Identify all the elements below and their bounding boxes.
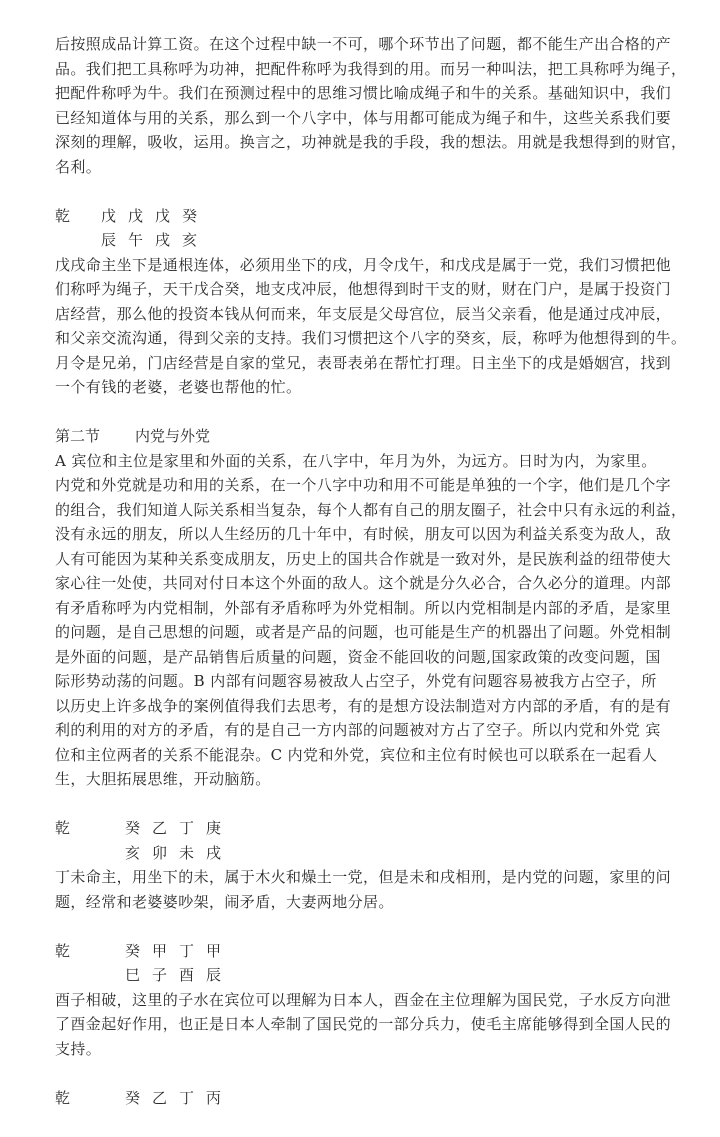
- text-line: 有矛盾称呼为内党相制，外部有矛盾称呼为外党相制。所以内党相制是内部的矛盾，是家里: [55, 596, 679, 621]
- stem: 丁: [179, 816, 206, 841]
- text-line: 已经知道体与用的关系，那么到一个八字中，体与用都可能成为绳子和牛，这些关系我们要: [55, 106, 679, 131]
- chart-branches-row: 亥卯未戌: [55, 841, 679, 866]
- text-line: 一个有钱的老婆，老婆也帮他的忙。: [55, 375, 679, 400]
- text-line: 以历史上许多战争的案例值得我们去思考，有的是想方设法制造对方内部的矛盾，有的是有: [55, 694, 679, 719]
- spacer: [55, 400, 679, 425]
- section-2-body: A 宾位和主位是家里和外面的关系，在八字中，年月为外，为远方。日时为内，为家里。…: [55, 449, 679, 792]
- spacer: [55, 1061, 679, 1086]
- section-title: 内党与外党: [135, 427, 210, 445]
- bazi-chart-2: 乾癸乙丁庚 亥卯未戌: [55, 816, 679, 865]
- example-2-explanation: 丁未命主，用坐下的未，属于木火和燥土一党，但是未和戌相刑，是内党的问题，家里的问…: [55, 865, 679, 914]
- chart-gender-label: 乾: [55, 939, 125, 964]
- stem: 丁: [179, 1086, 206, 1111]
- text-line: 是外面的问题，是产品销售后质量的问题，资金不能回收的问题,国家政策的改变问题，国: [55, 645, 679, 670]
- stem: 癸: [182, 204, 209, 229]
- chart-branches-row: 辰午戌亥: [55, 228, 679, 253]
- text-line: 利的利用的对方的矛盾，有的是自己一方内部的问题被对方占了空子。所以内党和外党 宾: [55, 718, 679, 743]
- stem: 乙: [152, 816, 179, 841]
- branch: 戌: [206, 841, 233, 866]
- chart-branches-row: 巳子酉辰: [55, 963, 679, 988]
- text-line: A 宾位和主位是家里和外面的关系，在八字中，年月为外，为远方。日时为内，为家里。: [55, 449, 679, 474]
- chart-stems-row: 乾癸乙丁丙: [55, 1086, 679, 1111]
- stem: 癸: [125, 1086, 152, 1111]
- chart-stems-row: 乾癸乙丁庚: [55, 816, 679, 841]
- branch: 巳: [125, 963, 152, 988]
- intro-paragraph: 后按照成品计算工资。在这个过程中缺一不可，哪个环节出了问题，都不能生产出合格的产…: [55, 32, 679, 179]
- stem: 戊: [155, 204, 182, 229]
- text-line: 了酉金起好作用，也正是日本人牵制了国民党的一部分兵力，使毛主席能够得到全国人民的: [55, 1012, 679, 1037]
- example-3-explanation: 酉子相破，这里的子水在宾位可以理解为日本人，酉金在主位理解为国民党，子水反方向泄…: [55, 988, 679, 1062]
- branch: 酉: [179, 963, 206, 988]
- text-line: 的问题，是自己思想的问题，或者是产品的问题，也可能是生产的机器出了问题。外党相制: [55, 620, 679, 645]
- stem: 庚: [206, 816, 233, 841]
- chart-stems-row: 乾癸甲丁甲: [55, 939, 679, 964]
- spacer: [55, 914, 679, 939]
- branch: 卯: [152, 841, 179, 866]
- spacer: [55, 792, 679, 817]
- text-line: 题，经常和老婆婆吵架，闹矛盾，大妻两地分居。: [55, 890, 679, 915]
- text-line: 丁未命主，用坐下的未，属于木火和燥土一党，但是未和戌相刑，是内党的问题，家里的问: [55, 865, 679, 890]
- text-line: 没有永远的朋友，所以人生经历的几十年中，有时候，朋友可以因为利益关系变为敌人，敌: [55, 522, 679, 547]
- stem: 甲: [152, 939, 179, 964]
- text-line: 店经营，那么他的投资本钱从何而来，年支辰是父母宫位，辰当父亲看，他是通过戌冲辰，: [55, 302, 679, 327]
- stem: 癸: [125, 816, 152, 841]
- text-line: 人有可能因为某种关系变成朋友，历史上的国共合作就是一致对外，是民族利益的纽带使大: [55, 547, 679, 572]
- text-line: 们称呼为绳子，天干戊合癸，地支戌冲辰，他想得到时干支的财，财在门户，是属于投资门: [55, 277, 679, 302]
- document-page: 后按照成品计算工资。在这个过程中缺一不可，哪个环节出了问题，都不能生产出合格的产…: [55, 32, 679, 1110]
- text-line: 生，大胆拓展思维，开动脑筋。: [55, 767, 679, 792]
- branch: 亥: [182, 228, 209, 253]
- text-line: 位和主位两者的关系不能混杂。C 内党和外党，宾位和主位有时候也可以联系在一起看人: [55, 743, 679, 768]
- branch: 戌: [155, 228, 182, 253]
- stem: 丁: [179, 939, 206, 964]
- branch: 辰: [101, 228, 128, 253]
- branch: 辰: [206, 963, 233, 988]
- stem: 乙: [152, 1086, 179, 1111]
- spacer: [55, 179, 679, 204]
- text-line: 名利。: [55, 155, 679, 180]
- text-line: 的组合，我们知道人际关系相当复杂，每个人都有自己的朋友圈子，社会中只有永远的利益…: [55, 498, 679, 523]
- bazi-chart-1: 乾戊戊戊癸 辰午戌亥: [55, 204, 679, 253]
- chart-gender-label: 乾: [55, 1086, 125, 1111]
- bazi-chart-4: 乾癸乙丁丙: [55, 1086, 679, 1111]
- text-line: 戊戌命主坐下是通根连体，必须用坐下的戌，月令戊午，和戊戌是属于一党，我们习惯把他: [55, 253, 679, 278]
- stem: 丙: [206, 1086, 233, 1111]
- text-line: 和父亲交流沟通，得到父亲的支持。我们习惯把这个八字的癸亥，辰，称呼为他想得到的牛…: [55, 326, 679, 351]
- branch: 午: [128, 228, 155, 253]
- text-line: 后按照成品计算工资。在这个过程中缺一不可，哪个环节出了问题，都不能生产出合格的产: [55, 32, 679, 57]
- text-line: 酉子相破，这里的子水在宾位可以理解为日本人，酉金在主位理解为国民党，子水反方向泄: [55, 988, 679, 1013]
- bazi-chart-3: 乾癸甲丁甲 巳子酉辰: [55, 939, 679, 988]
- text-line: 品。我们把工具称呼为功神，把配件称呼为我得到的用。而另一种叫法，把工具称呼为绳子…: [55, 57, 679, 82]
- branch: 未: [179, 841, 206, 866]
- example-1-explanation: 戊戌命主坐下是通根连体，必须用坐下的戌，月令戊午，和戊戌是属于一党，我们习惯把他…: [55, 253, 679, 400]
- stem: 戊: [101, 204, 128, 229]
- chart-gender-label: 乾: [55, 204, 101, 229]
- text-line: 家心往一处使，共同对付日本这个外面的敌人。这个就是分久必合，合久必分的道理。内部: [55, 571, 679, 596]
- text-line: 月令是兄弟，门店经营是自家的堂兄，表哥表弟在帮忙打理。日主坐下的戌是婚姻宫，找到: [55, 351, 679, 376]
- text-line: 际形势动荡的问题。B 内部有问题容易被敌人占空子，外党有问题容易被我方占空子，所: [55, 669, 679, 694]
- text-line: 把配件称呼为牛。我们在预测过程中的思维习惯比喻成绳子和牛的关系。基础知识中，我们: [55, 81, 679, 106]
- stem: 癸: [125, 939, 152, 964]
- stem: 甲: [206, 939, 233, 964]
- stem: 戊: [128, 204, 155, 229]
- text-line: 支持。: [55, 1037, 679, 1062]
- chart-stems-row: 乾戊戊戊癸: [55, 204, 679, 229]
- section-heading: 第二节内党与外党: [55, 424, 679, 449]
- branch: 子: [152, 963, 179, 988]
- section-number: 第二节: [55, 424, 135, 449]
- chart-gender-label: 乾: [55, 816, 125, 841]
- text-line: 内党和外党就是功和用的关系，在一个八字中功和用不可能是单独的一个字，他们是几个字: [55, 473, 679, 498]
- branch: 亥: [125, 841, 152, 866]
- text-line: 深刻的理解，吸收，运用。换言之，功神就是我的手段，我的想法。用就是我想得到的财官…: [55, 130, 679, 155]
